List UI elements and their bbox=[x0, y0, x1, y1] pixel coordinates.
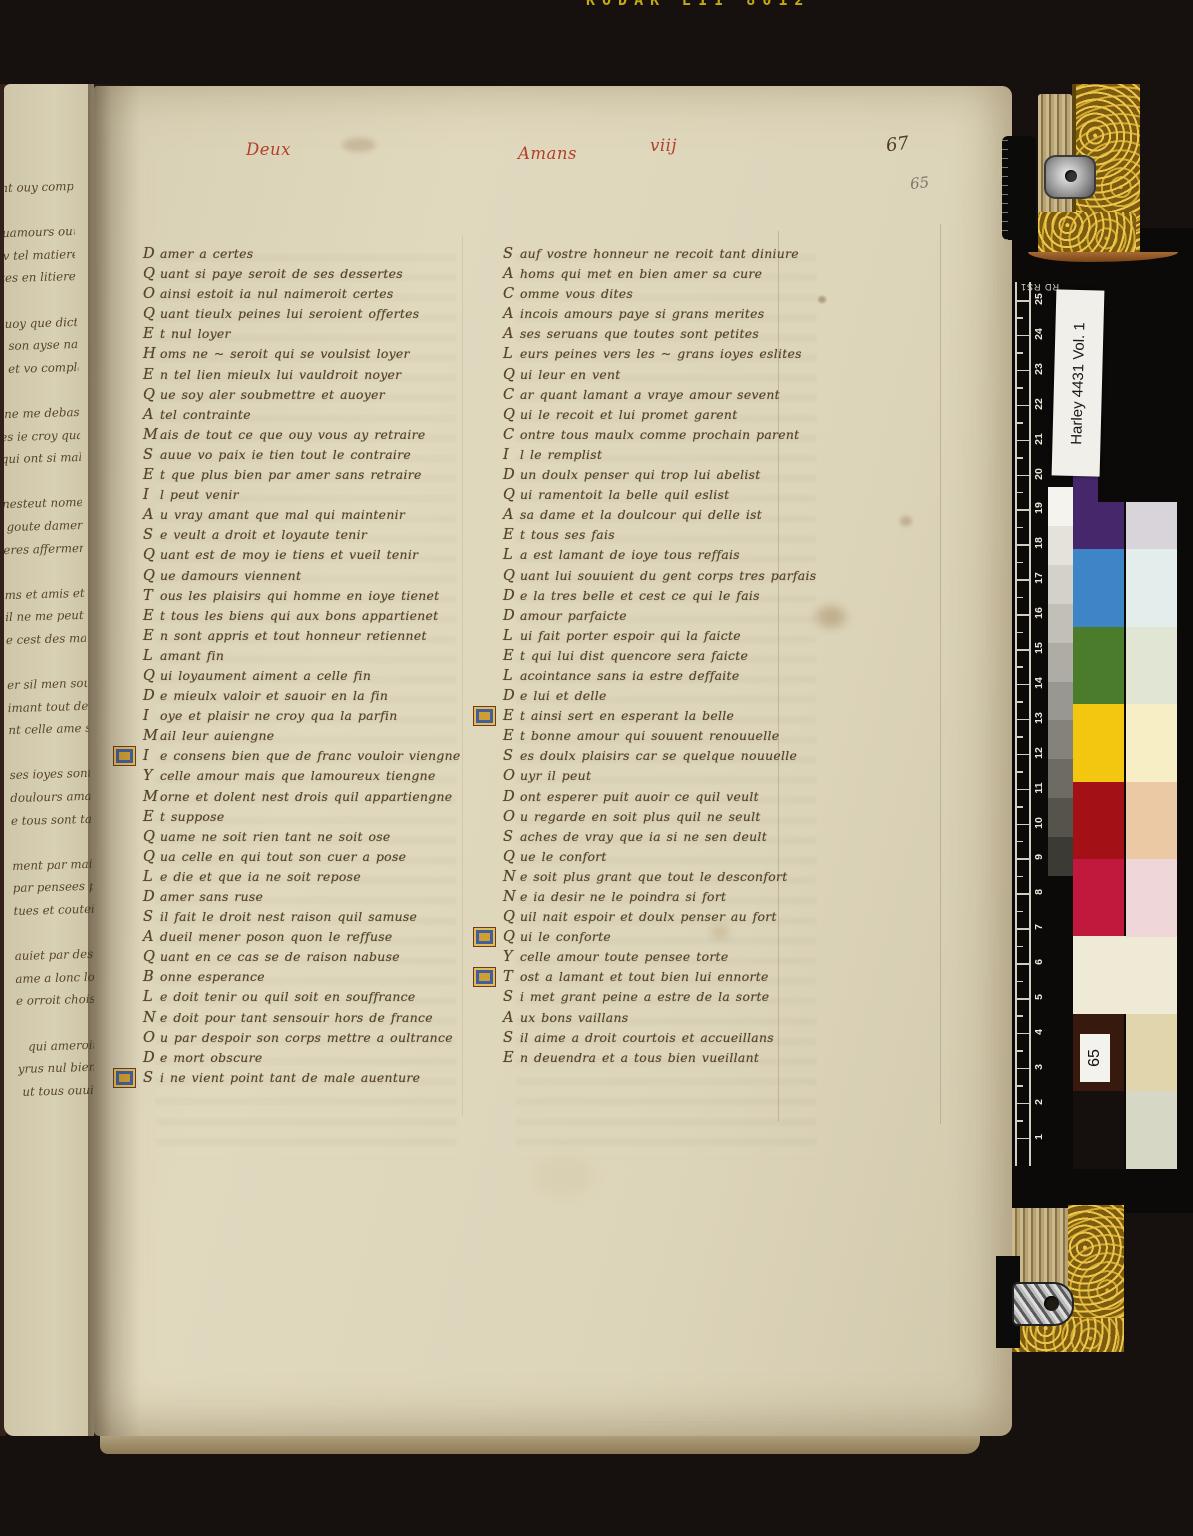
ruler-number: 15 bbox=[1033, 640, 1045, 656]
line-initial: S bbox=[503, 828, 520, 845]
line-text: acointance sans ia estre deffaite bbox=[520, 668, 739, 683]
line-initial: Q bbox=[143, 546, 160, 563]
illuminated-initial bbox=[473, 967, 496, 987]
ruler-tick bbox=[1015, 544, 1030, 546]
line-text: es doulx plaisirs car se quelque nouuell… bbox=[520, 748, 797, 763]
line-text: oye et plaisir ne croy qua la parfin bbox=[160, 708, 398, 723]
manuscript-line: Quant est de moy ie tiens et vueil tenir bbox=[143, 544, 483, 564]
ruler-label: RD RS1 bbox=[1020, 282, 1059, 292]
manuscript-line: Quant tieulx peines lui seroient offerte… bbox=[143, 303, 483, 323]
line-initial: I bbox=[143, 747, 160, 764]
manuscript-line: Atel contrainte bbox=[143, 404, 483, 424]
manuscript-line: Et qui lui dist quencore sera faicte bbox=[503, 645, 843, 665]
ruler-half-tick bbox=[1015, 632, 1023, 634]
line-text: t ainsi sert en esperant la belle bbox=[520, 708, 734, 723]
illuminated-initial bbox=[473, 706, 496, 726]
ruler-half-tick bbox=[1015, 527, 1023, 529]
ruler-tick bbox=[1015, 893, 1030, 895]
ruler-tick bbox=[1015, 928, 1030, 930]
line-initial: L bbox=[503, 627, 520, 644]
line-text: ar quant lamant a vraye amour sevent bbox=[520, 387, 780, 402]
facing-page-line-fragment: ame a lonc loisir bbox=[15, 970, 94, 995]
ruler-number: 6 bbox=[1033, 954, 1045, 970]
folio-sticker: 65 bbox=[1080, 1034, 1110, 1082]
grayscale-step bbox=[1048, 487, 1073, 526]
facing-page-line-fragment bbox=[16, 1015, 94, 1040]
manuscript-line: Lui fait porter espoir qui la faicte bbox=[503, 625, 843, 645]
line-initial: N bbox=[503, 888, 520, 905]
line-initial: Q bbox=[503, 908, 520, 925]
ruler-tick bbox=[1015, 649, 1030, 651]
manuscript-line: Qua celle en qui tout son cuer a pose bbox=[143, 846, 483, 866]
manuscript-line: Si met grant peine a estre de la sorte bbox=[503, 986, 843, 1006]
line-initial: L bbox=[503, 546, 520, 563]
running-header-center: Amans bbox=[518, 144, 577, 163]
line-text: ail leur auiengne bbox=[160, 728, 274, 743]
line-initial: Q bbox=[143, 948, 160, 965]
ruling-line bbox=[940, 224, 941, 1124]
line-initial: S bbox=[503, 1029, 520, 1046]
facing-page-line-fragment: yrus nul bien amant bbox=[18, 1060, 94, 1085]
line-text: uant tieulx peines lui seroient offertes bbox=[160, 306, 419, 321]
clasp-hole bbox=[1044, 1296, 1059, 1311]
line-initial: E bbox=[503, 707, 520, 724]
line-initial: S bbox=[143, 908, 160, 925]
line-initial: Q bbox=[143, 305, 160, 322]
illuminated-initial bbox=[473, 927, 496, 947]
line-initial: D bbox=[503, 587, 520, 604]
line-initial: S bbox=[503, 245, 520, 262]
line-initial: L bbox=[503, 667, 520, 684]
line-initial: E bbox=[143, 627, 160, 644]
line-initial: E bbox=[143, 808, 160, 825]
line-text: celle amour mais que lamoureux tiengne bbox=[160, 768, 436, 783]
manuscript-line: Et nul loyer bbox=[143, 323, 483, 343]
manuscript-line: Sil fait le droit nest raison quil samus… bbox=[143, 906, 483, 926]
line-text: uyr il peut bbox=[520, 768, 591, 783]
manuscript-line: Et tous ses fais bbox=[503, 524, 843, 544]
ruler-tick bbox=[1015, 475, 1030, 477]
ruler-tick bbox=[1015, 684, 1030, 686]
line-initial: L bbox=[143, 988, 160, 1005]
line-initial: S bbox=[143, 1069, 160, 1086]
ruler-number: 5 bbox=[1033, 989, 1045, 1005]
line-text: auue vo paix ie tien tout le contraire bbox=[160, 447, 411, 462]
line-initial: S bbox=[503, 747, 520, 764]
manuscript-line: Ses doulx plaisirs car se quelque nouuel… bbox=[503, 745, 843, 765]
line-initial: E bbox=[143, 466, 160, 483]
line-text: uant est de moy ie tiens et vueil tenir bbox=[160, 547, 418, 562]
color-patch-blue bbox=[1073, 549, 1124, 627]
line-text: ui le recoit et lui promet garent bbox=[520, 407, 738, 422]
ruler-half-tick bbox=[1015, 317, 1023, 319]
line-text: ua celle en qui tout son cuer a pose bbox=[160, 849, 406, 864]
ruler-number: 23 bbox=[1033, 361, 1045, 377]
manuscript-line: Ases seruans que toutes sont petites bbox=[503, 323, 843, 343]
ruler-number: 18 bbox=[1033, 535, 1045, 551]
facing-page-line-fragment: nt celle ame suiuant bbox=[8, 721, 89, 746]
manuscript-line: Sauue vo paix ie tien tout le contraire bbox=[143, 444, 483, 464]
facing-page-line-fragment: a son ayse nauroit bbox=[4, 337, 78, 362]
line-initial: D bbox=[503, 687, 520, 704]
line-text: ontre tous maulx comme prochain parent bbox=[520, 427, 799, 442]
line-initial: L bbox=[143, 647, 160, 664]
line-initial: C bbox=[503, 285, 520, 302]
line-text: amant fin bbox=[160, 648, 224, 663]
ruler-number: 17 bbox=[1033, 570, 1045, 586]
facing-page-line-fragment bbox=[4, 382, 79, 407]
line-text: t nul loyer bbox=[160, 326, 231, 341]
line-initial: Q bbox=[143, 667, 160, 684]
line-initial: D bbox=[503, 466, 520, 483]
line-text: e die et que ia ne soit repose bbox=[160, 869, 361, 884]
line-text: aches de vray que ia si ne sen deult bbox=[520, 829, 767, 844]
ruler-tick bbox=[1015, 963, 1030, 965]
facing-page-line-fragment: qui ameroit bbox=[17, 1037, 94, 1062]
line-initial: I bbox=[143, 707, 160, 724]
ruler-tick bbox=[1015, 754, 1030, 756]
shelfmark-sticker: Harley 4431 Vol. 1 bbox=[1052, 289, 1105, 476]
tint-patch-pale-lavender bbox=[1126, 500, 1177, 549]
facing-page-line-fragment: il ne me peut souffrir bbox=[5, 608, 86, 633]
ruler-tick bbox=[1015, 858, 1030, 860]
line-text: e ia desir ne le poindra si fort bbox=[520, 889, 726, 904]
line-text: e doit tenir ou quil soit en souffrance bbox=[160, 989, 416, 1004]
ruler-tick bbox=[1015, 509, 1030, 511]
facing-page-line-fragment: ne me debas bbox=[4, 405, 80, 430]
manuscript-line: Ie consens bien que de franc vouloir vie… bbox=[143, 745, 483, 765]
line-initial: T bbox=[143, 587, 160, 604]
folio-number-pencil: 65 bbox=[909, 173, 930, 193]
line-initial: D bbox=[143, 1049, 160, 1066]
stain bbox=[342, 138, 376, 152]
facing-page-line-fragment: nesteut nomer bbox=[4, 495, 83, 520]
line-initial: E bbox=[503, 727, 520, 744]
grayscale-step bbox=[1048, 682, 1073, 721]
facing-page-line-fragment: es ie croy qua lencontre bbox=[4, 427, 81, 452]
line-initial: N bbox=[503, 868, 520, 885]
facing-page-line-fragment: ms et amis et chiers bbox=[4, 586, 85, 611]
line-initial: I bbox=[143, 486, 160, 503]
line-initial: E bbox=[503, 1049, 520, 1066]
ruler-number: 3 bbox=[1033, 1059, 1045, 1075]
facing-page-line-fragment: eres affermer bbox=[4, 540, 84, 565]
line-text: t bonne amour qui souuent renouuelle bbox=[520, 728, 779, 743]
line-text: ui ramentoit la belle quil eslist bbox=[520, 487, 729, 502]
line-text: amour parfaicte bbox=[520, 608, 627, 623]
manuscript-line: Quame ne soit rien tant ne soit ose bbox=[143, 826, 483, 846]
line-text: orne et dolent nest drois quil appartien… bbox=[160, 789, 452, 804]
manuscript-line: De mieulx valoir et sauoir en la fin bbox=[143, 685, 483, 705]
facing-page-text-fragments: ont ouy compterquamours ouuretuv tel mat… bbox=[4, 179, 94, 1107]
line-text: incois amours paye si grans merites bbox=[520, 306, 764, 321]
line-text: t tous ses fais bbox=[520, 527, 615, 542]
ruler-number: 19 bbox=[1033, 500, 1045, 516]
line-text: ux bons vaillans bbox=[520, 1010, 628, 1025]
manuscript-line: Lamant fin bbox=[143, 645, 483, 665]
manuscript-line: Damour parfaicte bbox=[503, 605, 843, 625]
photograph-stage: KODAK EII 8012 ont ouy compterquamours o… bbox=[0, 0, 1193, 1536]
grayscale-step bbox=[1048, 565, 1073, 604]
line-text: i ne vient point tant de male auenture bbox=[160, 1070, 420, 1085]
line-initial: Q bbox=[143, 386, 160, 403]
facing-page-line-fragment bbox=[4, 563, 84, 588]
line-text: ue damours viennent bbox=[160, 568, 301, 583]
manuscript-line: Quant en ce cas se de raison nabuse bbox=[143, 946, 483, 966]
manuscript-line: Aincois amours paye si grans merites bbox=[503, 303, 843, 323]
ruler-tick bbox=[1015, 440, 1030, 442]
facing-page-line-fragment bbox=[14, 924, 94, 949]
folio-sticker-label: 65 bbox=[1086, 1049, 1104, 1067]
ruler-tick bbox=[1015, 1033, 1030, 1035]
line-initial: C bbox=[503, 386, 520, 403]
facing-page-line-fragment bbox=[9, 744, 90, 769]
line-text: t tous les biens qui aux bons appartiene… bbox=[160, 608, 438, 623]
line-text: onne esperance bbox=[160, 969, 265, 984]
facing-page-line-fragment: er sil men soumet bbox=[7, 676, 88, 701]
line-initial: C bbox=[503, 426, 520, 443]
line-text: uame ne soit rien tant ne soit ose bbox=[160, 829, 391, 844]
ruler-number: 13 bbox=[1033, 710, 1045, 726]
line-initial: M bbox=[143, 727, 160, 744]
line-initial: D bbox=[143, 245, 160, 262]
facing-page-line-fragment: uv tel matiere bbox=[4, 247, 76, 272]
manuscript-line: Adueil mener poson quon le reffuse bbox=[143, 926, 483, 946]
manuscript-line: Car quant lamant a vraye amour sevent bbox=[503, 384, 843, 404]
line-initial: E bbox=[143, 325, 160, 342]
manuscript-line: Ou regarde en soit plus quil ne seult bbox=[503, 806, 843, 826]
line-text: omme vous dites bbox=[520, 286, 633, 301]
ruler-half-tick bbox=[1015, 946, 1023, 948]
ruler-tick bbox=[1015, 300, 1030, 302]
manuscript-line: Leurs peines vers les ~ grans ioyes esli… bbox=[503, 343, 843, 363]
column-right: Sauf vostre honneur ne recoit tant diniu… bbox=[503, 243, 843, 1067]
facing-page-line-fragment bbox=[4, 473, 82, 498]
grayscale-step bbox=[1048, 720, 1073, 759]
facing-page-line-fragment: e cest des mauches bbox=[6, 631, 87, 656]
color-patch-yellow bbox=[1073, 704, 1124, 782]
manuscript-line: Et que plus bien par amer sans retraire bbox=[143, 464, 483, 484]
manuscript-line: Ne doit pour tant sensouir hors de franc… bbox=[143, 1007, 483, 1027]
line-text: uant lui souuient du gent corps tres par… bbox=[520, 568, 816, 583]
ruler-half-tick bbox=[1015, 981, 1023, 983]
illuminated-initial bbox=[113, 1068, 136, 1088]
line-text: amer sans ruse bbox=[160, 889, 263, 904]
facing-page-line-fragment bbox=[4, 292, 77, 317]
ruler-number: 20 bbox=[1033, 466, 1045, 482]
facing-page-line-fragment bbox=[4, 202, 74, 227]
manuscript-line: Sauf vostre honneur ne recoit tant diniu… bbox=[503, 243, 843, 263]
line-initial: I bbox=[503, 446, 520, 463]
line-initial: Q bbox=[143, 265, 160, 282]
line-text: ont esperer puit auoir ce quil veult bbox=[520, 789, 759, 804]
manuscript-line: Que soy aler soubmettre et auoyer bbox=[143, 384, 483, 404]
ruler-number: 14 bbox=[1033, 675, 1045, 691]
line-text: ue le confort bbox=[520, 849, 607, 864]
line-text: e doit pour tant sensouir hors de france bbox=[160, 1010, 433, 1025]
illuminated-initial bbox=[113, 746, 136, 766]
ruler-tick bbox=[1015, 335, 1030, 337]
ruler-tick bbox=[1015, 370, 1030, 372]
manuscript-line: Ou par despoir son corps mettre a oultra… bbox=[143, 1027, 483, 1047]
line-text: ui leur en vent bbox=[520, 367, 621, 382]
manuscript-line: De mort obscure bbox=[143, 1047, 483, 1067]
line-text: e mort obscure bbox=[160, 1050, 262, 1065]
line-text: n tel lien mieulx lui vauldroit noyer bbox=[160, 367, 401, 382]
tint-patch-pale-blue bbox=[1126, 549, 1177, 627]
manuscript-line: Quant si paye seroit de ses dessertes bbox=[143, 263, 483, 283]
line-text: oms ne ~ seroit qui se voulsist loyer bbox=[160, 346, 410, 361]
grayscale-step bbox=[1048, 837, 1073, 876]
line-text: sa dame et la doulcour qui delle ist bbox=[520, 507, 762, 522]
facing-page-line-fragment: quamours ouuret bbox=[4, 224, 75, 249]
manuscript-line: Et tous les biens qui aux bons appartien… bbox=[143, 605, 483, 625]
ruler-half-tick bbox=[1015, 492, 1023, 494]
line-text: t qui lui dist quencore sera faicte bbox=[520, 648, 748, 663]
tint-patch-pale-green bbox=[1126, 627, 1177, 705]
manuscript-line: Qui le recoit et lui promet garent bbox=[503, 404, 843, 424]
facing-page-line-fragment: doulours amassees bbox=[10, 789, 91, 814]
ruler-number: 16 bbox=[1033, 605, 1045, 621]
line-text: i met grant peine a estre de la sorte bbox=[520, 989, 769, 1004]
manuscript-line: Quant lui souuient du gent corps tres pa… bbox=[503, 565, 843, 585]
line-initial: Q bbox=[143, 828, 160, 845]
tint-patch-khaki bbox=[1126, 1014, 1177, 1092]
color-patch-cream bbox=[1073, 936, 1177, 1014]
line-text: homs qui met en bien amer sa cure bbox=[520, 266, 762, 281]
line-text: e veult a droit et loyaute tenir bbox=[160, 527, 367, 542]
line-text: tel contrainte bbox=[160, 407, 251, 422]
facing-page-line-fragment bbox=[11, 834, 92, 859]
running-header-folio-roman: viij bbox=[650, 136, 677, 155]
line-text: u vray amant que mal qui maintenir bbox=[160, 507, 405, 522]
manuscript-line: La est lamant de ioye tous reffais bbox=[503, 544, 843, 564]
line-initial: S bbox=[143, 446, 160, 463]
folio-number-ink: 67 bbox=[885, 133, 911, 157]
ruler-number: 1 bbox=[1033, 1129, 1045, 1145]
line-initial: A bbox=[143, 406, 160, 423]
line-text: auf vostre honneur ne recoit tant diniur… bbox=[520, 246, 799, 261]
manuscript-line: Et ainsi sert en esperant la belle bbox=[503, 705, 843, 725]
tint-patch-peach bbox=[1126, 782, 1177, 860]
line-text: ui fait porter espoir qui la faicte bbox=[520, 628, 741, 643]
manuscript-page: Deux Amans viij 67 65 Damer a certesQuan… bbox=[94, 86, 1012, 1436]
manuscript-line: Quil nait espoir et doulx penser au fort bbox=[503, 906, 843, 926]
manuscript-line: Au vray amant que mal qui maintenir bbox=[143, 504, 483, 524]
ruler: 2524232221201918171615141312111098765432… bbox=[1012, 282, 1050, 1166]
ruler-number: 7 bbox=[1033, 919, 1045, 935]
line-initial: O bbox=[503, 808, 520, 825]
line-initial: A bbox=[143, 928, 160, 945]
line-initial: E bbox=[503, 647, 520, 664]
manuscript-line: Et bonne amour qui souuent renouuelle bbox=[503, 725, 843, 745]
line-initial: O bbox=[143, 285, 160, 302]
shelfmark-label: Harley 4431 Vol. 1 bbox=[1068, 322, 1088, 445]
line-initial: S bbox=[503, 988, 520, 1005]
ruler-tick bbox=[1015, 614, 1030, 616]
ruler-number: 25 bbox=[1033, 291, 1045, 307]
line-initial: T bbox=[503, 968, 520, 985]
manuscript-line: Lacointance sans ia estre deffaite bbox=[503, 665, 843, 685]
manuscript-line: Comme vous dites bbox=[503, 283, 843, 303]
ruler-half-tick bbox=[1015, 1120, 1023, 1122]
clasp-stud bbox=[1044, 155, 1096, 199]
ruler-number: 4 bbox=[1033, 1024, 1045, 1040]
manuscript-line: Ioye et plaisir ne croy qua la parfin bbox=[143, 705, 483, 725]
grayscale-step bbox=[1048, 604, 1073, 643]
manuscript-line: Le doit tenir ou quil soit en souffrance bbox=[143, 986, 483, 1006]
manuscript-line: Il peut venir bbox=[143, 484, 483, 504]
stain bbox=[534, 1156, 594, 1196]
ruler-tick bbox=[1015, 405, 1030, 407]
manuscript-line: Ahoms qui met en bien amer sa cure bbox=[503, 263, 843, 283]
manuscript-line: Tous les plaisirs qui homme en ioye tien… bbox=[143, 585, 483, 605]
ruler-tick bbox=[1015, 1103, 1030, 1105]
manuscript-line: Asa dame et la doulcour qui delle ist bbox=[503, 504, 843, 524]
ruler-tick bbox=[1015, 789, 1030, 791]
manuscript-line: Mail leur auiengne bbox=[143, 725, 483, 745]
manuscript-line: Que damours viennent bbox=[143, 565, 483, 585]
facing-page-line-fragment: imant tout deuant bbox=[8, 699, 89, 724]
ruler-number: 9 bbox=[1033, 849, 1045, 865]
manuscript-line: Saches de vray que ia si ne sen deult bbox=[503, 826, 843, 846]
line-initial: E bbox=[503, 526, 520, 543]
manuscript-line: Le die et que ia ne soit repose bbox=[143, 866, 483, 886]
manuscript-line: De la tres belle et cest ce qui le fais bbox=[503, 585, 843, 605]
line-text: u regarde en soit plus quil ne seult bbox=[520, 809, 761, 824]
line-text: ainsi estoit ia nul naimeroit certes bbox=[160, 286, 394, 301]
ruler-number: 2 bbox=[1033, 1094, 1045, 1110]
line-initial: Y bbox=[143, 767, 160, 784]
film-edge-text: KODAK EII 8012 bbox=[586, 0, 810, 9]
ruler-half-tick bbox=[1015, 562, 1023, 564]
manuscript-line: Dun doulx penser qui trop lui abelist bbox=[503, 464, 843, 484]
manuscript-line: Ne soit plus grant que tout le desconfor… bbox=[503, 866, 843, 886]
facing-page-line-fragment: auiet par desir bbox=[15, 947, 94, 972]
manuscript-line: Damer a certes bbox=[143, 243, 483, 263]
line-text: l peut venir bbox=[160, 487, 239, 502]
black-strap bbox=[1098, 450, 1193, 502]
metal-clasp bbox=[1012, 1282, 1074, 1326]
black-clamp-top bbox=[1002, 136, 1036, 240]
tint-patch-pale-pink bbox=[1126, 859, 1177, 937]
line-initial: D bbox=[143, 687, 160, 704]
manuscript-line: Ycelle amour mais que lamoureux tiengne bbox=[143, 765, 483, 785]
ruler-half-tick bbox=[1015, 1050, 1023, 1052]
line-text: ui loyaument aiment a celle fin bbox=[160, 668, 371, 683]
facing-page-line-fragment: ment par maintes bbox=[12, 857, 93, 882]
line-initial: H bbox=[143, 345, 160, 362]
color-patch-black bbox=[1073, 1091, 1124, 1169]
stud-hole bbox=[1065, 170, 1077, 182]
facing-page-line-fragment: tes en litiere bbox=[4, 269, 76, 294]
stain bbox=[900, 516, 912, 526]
facing-page-line-fragment: goute damer bbox=[4, 518, 83, 543]
line-initial: Q bbox=[503, 366, 520, 383]
line-initial: O bbox=[503, 767, 520, 784]
line-text: e soit plus grant que tout le desconfort bbox=[520, 869, 788, 884]
ruler-tick bbox=[1015, 719, 1030, 721]
ruler-tick bbox=[1015, 1068, 1030, 1070]
line-text: ais de tout ce que ouy vous ay retraire bbox=[160, 427, 426, 442]
line-text: ost a lamant et tout bien lui ennorte bbox=[520, 969, 769, 984]
ruler-half-tick bbox=[1015, 806, 1023, 808]
binding-corner-top-band bbox=[1038, 212, 1136, 256]
ruler-number: 22 bbox=[1033, 396, 1045, 412]
line-initial: Q bbox=[503, 928, 520, 945]
ruler-tick bbox=[1015, 1138, 1030, 1140]
manuscript-line: Si ne vient point tant de male auenture bbox=[143, 1067, 483, 1087]
